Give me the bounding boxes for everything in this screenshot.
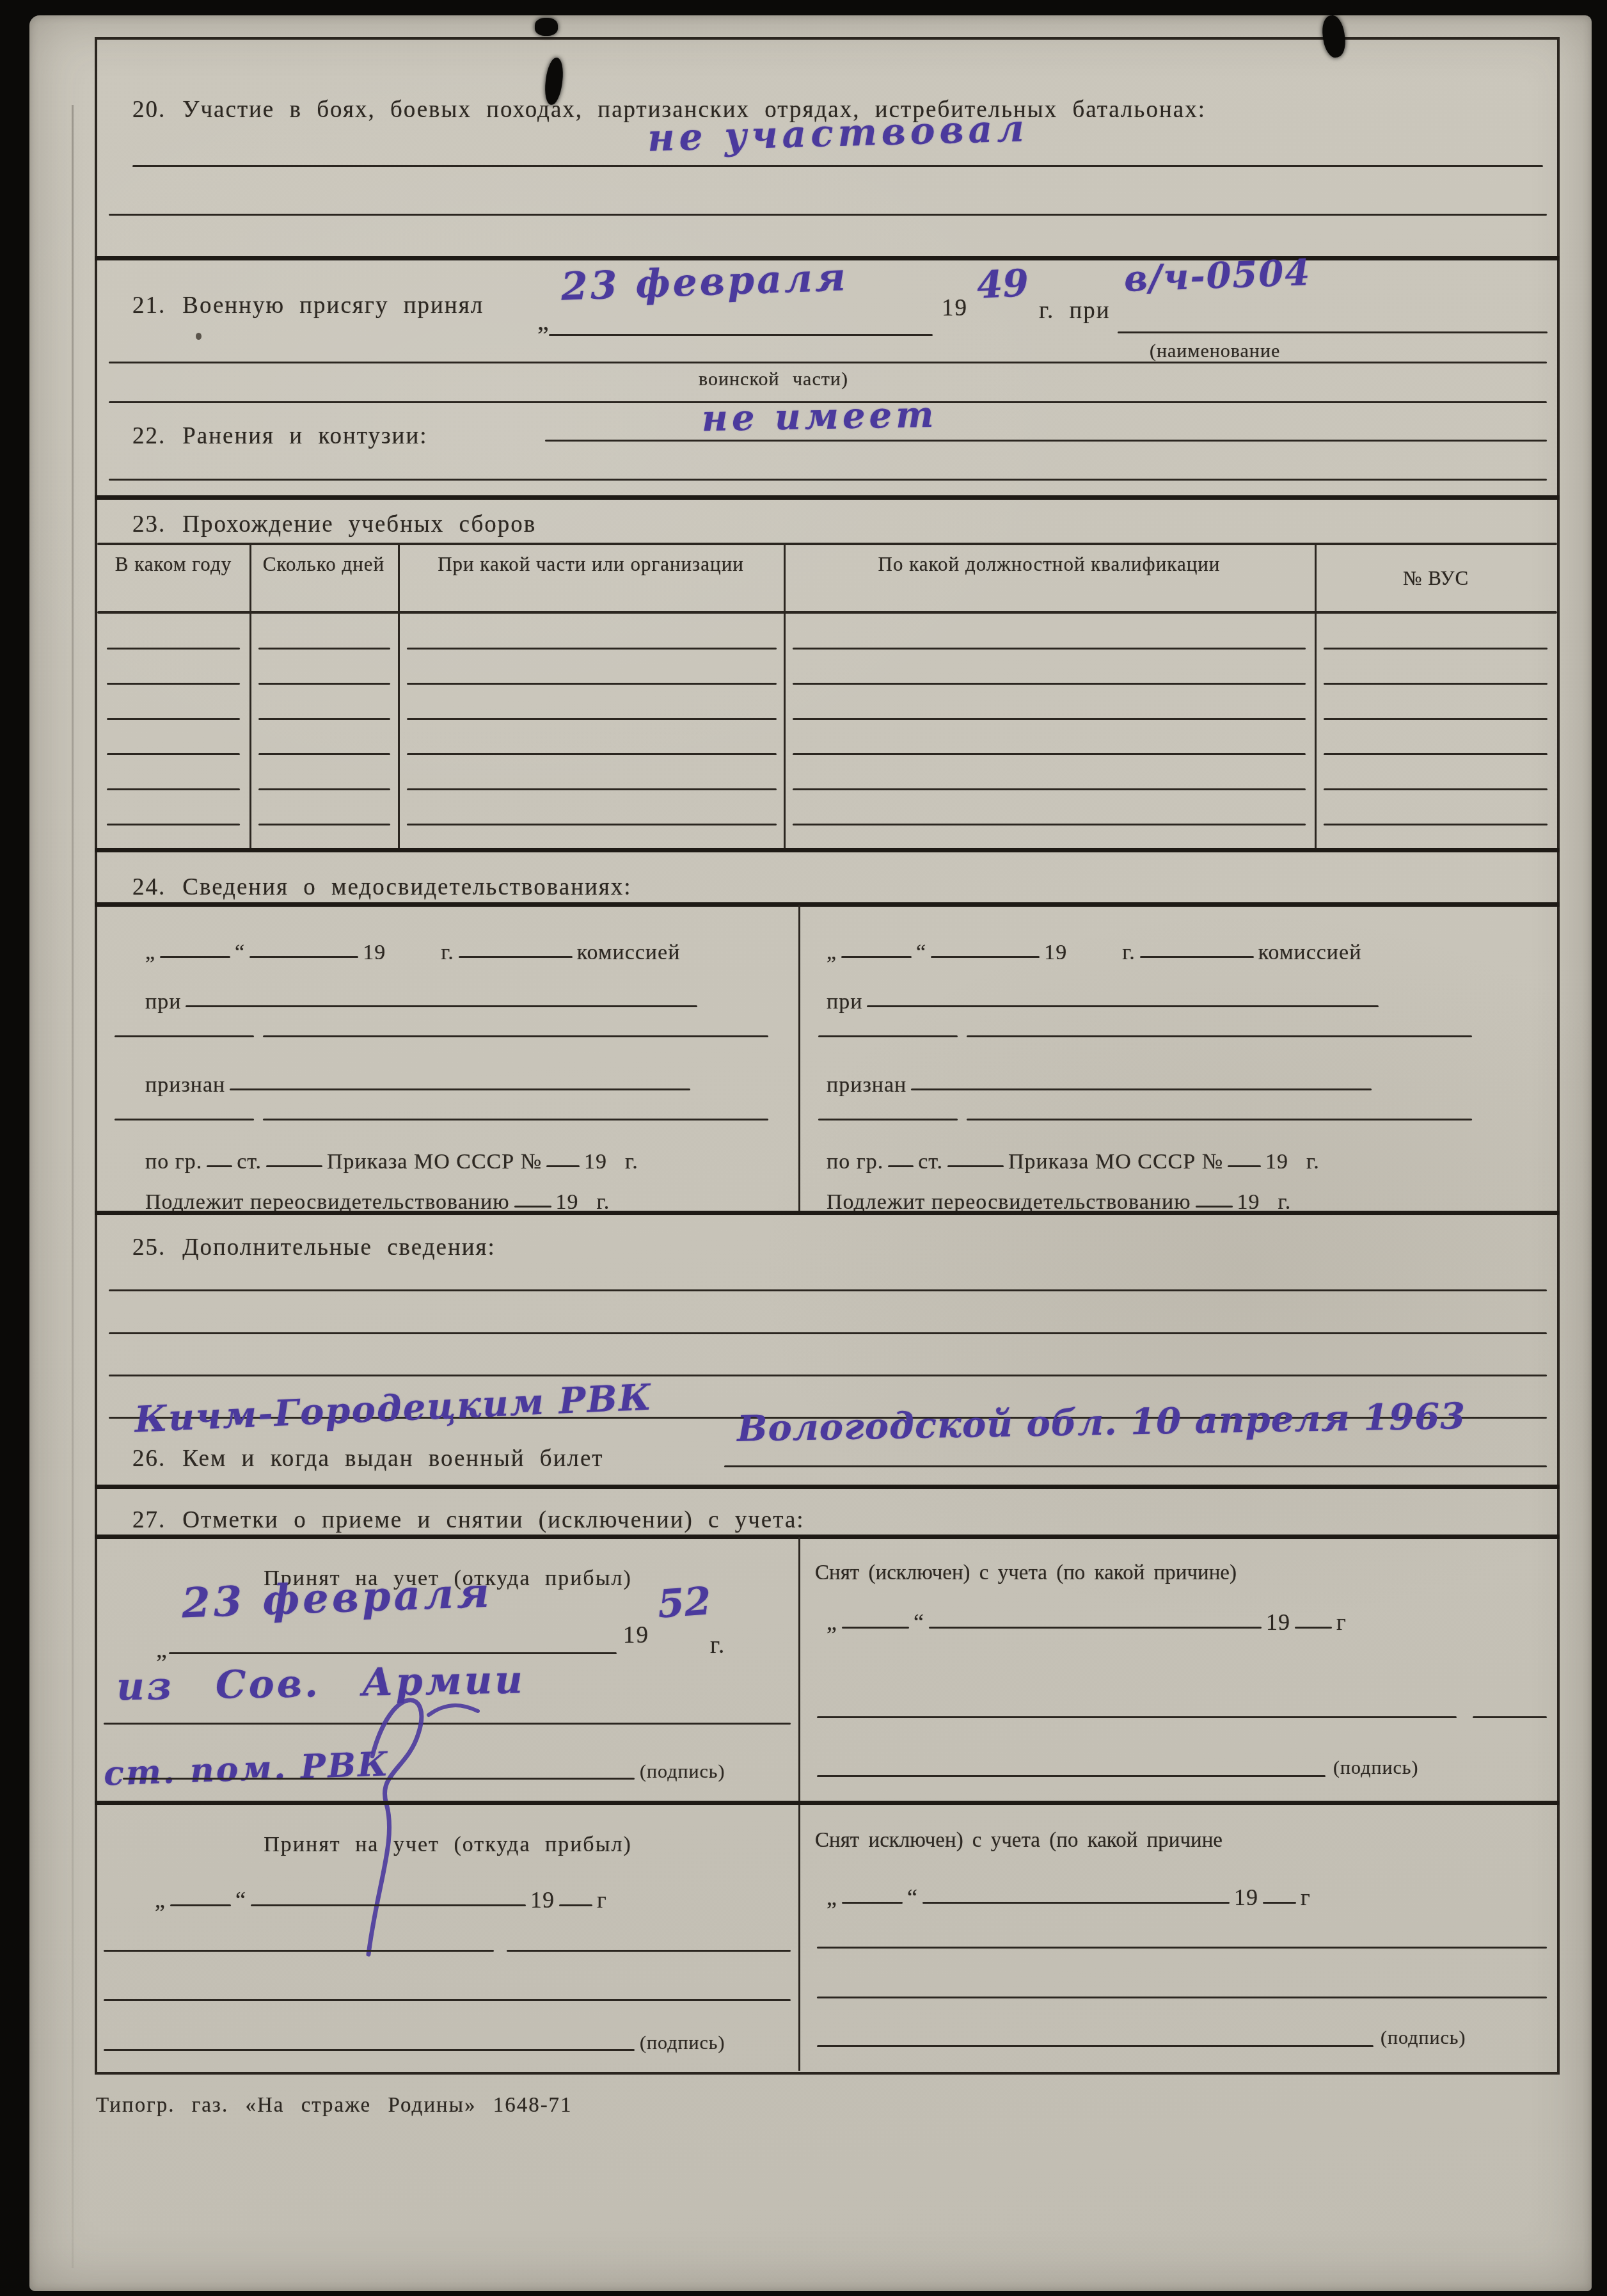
fill-line [109,1375,1547,1376]
table-header-vus: № ВУС [1315,566,1557,591]
podpis-label: (подпись) [640,1761,725,1783]
item25-label: 25.Дополнительные сведения: [132,1234,496,1261]
entry-g: г. [710,1632,725,1659]
item20-handwritten-value: не участвовал [647,106,1029,160]
fill-line [109,1289,1547,1291]
signature-line [817,1775,1326,1777]
fill-line [817,1997,1547,1998]
paper: 20.Участие в боях, боевых походах, парти… [29,15,1592,2291]
fill-line [109,362,1547,363]
item25-number: 25. [132,1234,166,1261]
item27-number: 27. [132,1506,166,1534]
fill-line [1118,331,1548,333]
medical-blank-row [814,1119,1476,1128]
table-header-qualification: По какой должностной квалификации [784,552,1315,577]
paper-crease [72,105,74,2268]
fill-line [507,1950,791,1952]
table-empty-row [97,824,1557,825]
item26-handwritten-issuer: Кичм-Городецким РВК [134,1376,653,1440]
table-empty-row [97,648,1557,650]
entry-handwritten-date: 23 февраля [181,1569,493,1628]
fill-line [549,334,933,336]
fill-line [104,1999,791,2001]
table-empty-row [97,788,1557,790]
signature-line [123,1778,635,1780]
table-header-days: Сколько дней [249,552,398,577]
medical-blank-row [110,1119,773,1128]
item24-number: 24. [132,873,166,901]
item22-label: 22.Ранения и контузии: [132,422,427,450]
table-empty-row [97,753,1557,755]
signature-line [104,2049,635,2051]
medical-blank-row [814,1035,1476,1044]
item26-handwritten-detail: Вологодской обл. 10 апреля 1963 [737,1395,1466,1450]
accept-header: Принят на учет (откуда прибыл) [110,1833,786,1857]
medical-blank-row [110,1035,773,1044]
table-empty-row [97,718,1557,720]
table-column-divider [784,543,786,850]
item27-label: 27.Отметки о приеме и снятии (исключении… [132,1506,805,1534]
fill-line [1473,1716,1547,1718]
medical-order-row: по гр.ст.Приказа МО СССР №19г. [145,1150,638,1174]
medical-date-row: „“19г.комиссией [827,941,1361,965]
item21-handwritten-date: 23 февраля [560,255,849,310]
table-column-divider [249,543,251,850]
item23-number: 23. [132,511,166,538]
fill-line [169,1652,617,1654]
remove-header: Снят исключен) с учета (по какой причине [815,1829,1555,1853]
print-shop-imprint: Типогр. газ. «На страже Родины» 1648-71 [96,2094,573,2117]
table-column-divider [398,543,400,850]
fill-line [545,440,1547,442]
quote-open: „ [537,306,550,336]
entry-year-prefix: 19 [623,1622,649,1649]
table-header-year: В каком году [97,552,249,577]
signature-line [817,2045,1373,2047]
remove-header: Снят (исключен) с учета (по какой причин… [815,1561,1555,1585]
item21-number: 21. [132,292,166,319]
podpis-label: (подпись) [640,2032,725,2054]
fill-line [724,1465,1547,1467]
form-border: 20.Участие в боях, боевых походах, парти… [95,37,1560,2075]
section-divider [95,1485,1560,1489]
item26-label: 26.Кем и когда выдан военный билет [132,1445,604,1472]
item22-handwritten-value: не имеет [701,394,938,440]
section-divider [95,902,1560,907]
table-top-border [97,543,1557,545]
table-empty-row [97,683,1557,685]
item22-number: 22. [132,422,166,450]
fill-line [109,479,1547,481]
item24-label: 24.Сведения о медосвидетельствованиях: [132,873,632,901]
table-header-border [97,611,1557,614]
item21-hint-top: (наименование [1150,340,1280,362]
block-divider [95,1801,1560,1805]
fill-line [817,1716,1457,1718]
fill-line [132,165,1543,167]
quote-open: „ [156,1636,168,1664]
scan-background: 20.Участие в боях, боевых походах, парти… [0,0,1607,2296]
medical-column-divider [798,905,800,1211]
fill-line [104,1950,494,1952]
medical-priznan-row: признан [827,1073,1376,1097]
fill-line [817,1947,1547,1949]
remove-date-row: „“19г [827,1609,1347,1636]
fill-line [109,1332,1547,1334]
item26-number: 26. [132,1445,166,1472]
medical-pri-row: при [145,990,702,1014]
section-divider [95,495,1560,500]
item21-after-year: г. при [1039,297,1111,324]
item21-hint-bottom: воинской части) [699,369,848,390]
item21-handwritten-unit: в/ч-0504 [1123,251,1312,300]
podpis-label: (подпись) [1381,2027,1466,2049]
medical-date-row: „“19г.комиссией [145,941,680,965]
section-divider [95,1535,1560,1539]
table-bottom-border [95,848,1560,852]
section-divider [95,1211,1560,1215]
medical-priznan-row: признан [145,1073,695,1097]
item21-year-prefix: 19 [942,294,968,322]
podpis-label: (подпись) [1333,1757,1419,1779]
item21-handwritten-year: 49 [976,261,1029,307]
accept-date-row: „“19г [155,1886,607,1913]
remove-date-row: „“19г [827,1884,1311,1911]
signature-flourish [347,1673,487,1967]
medical-order-row: по гр.ст.Приказа МО СССР №19г. [827,1150,1320,1174]
ink-speck [196,333,202,340]
paper-tear [535,18,558,36]
entry-handwritten-year: 52 [656,1579,713,1627]
fill-line [109,214,1547,216]
medical-pri-row: при [827,990,1383,1014]
item20-number: 20. [132,96,166,124]
item23-label: 23.Прохождение учебных сборов [132,511,536,538]
item21-label: 21.Военную присягу принял [132,292,484,319]
table-header-unit: При какой части или организации [398,552,784,577]
